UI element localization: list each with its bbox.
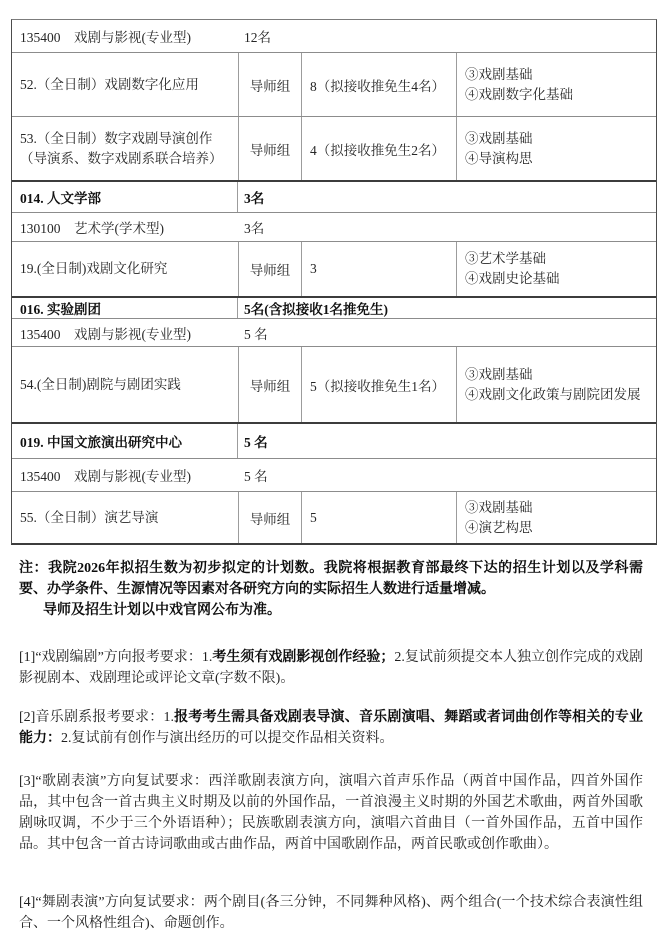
cell-advisor: 导师组 [238,117,301,180]
major-name: 135400 戏剧与影视(专业型) [12,20,238,52]
major-quota: 5 名 [238,319,656,346]
subject-line: ④演艺构思 [465,518,533,538]
subject-line: ④戏剧数字化基础 [465,85,573,105]
table-row: 52.（全日制）戏剧数字化应用导师组8（拟接收推免生4名）③戏剧基础④戏剧数字化… [12,52,656,116]
cell-quota: 4（拟接收推免生2名） [301,117,456,180]
subject-line: ④导演构思 [465,149,533,169]
cell-subjects: ③戏剧基础④导演构思 [456,117,656,180]
admissions-table: 135400 戏剧与影视(专业型)12名52.（全日制）戏剧数字化应用导师组8（… [11,19,657,545]
section-quota: 5 名 [238,424,656,458]
major-name: 130100 艺术学(学术型) [12,213,238,241]
note-segment: 2.复试前有创作与演出经历的可以提交作品相关资料。 [61,731,394,746]
table-row: 53.（全日制）数字戏剧导演创作 （导演系、数字戏剧系联合培养）导师组4（拟接收… [12,116,656,180]
subject-line: ③戏剧基础 [465,129,533,149]
cell-direction: 55.（全日制）演艺导演 [12,492,238,543]
note-paragraph: [4]“舞剧表演”方向复试要求：两个剧目(各三分钟，不同舞种风格)、两个组合(一… [19,892,643,931]
cell-quota: 5 [301,492,456,543]
cell-subjects: ③戏剧基础④演艺构思 [456,492,656,543]
section-quota: 5名(含拟接收1名推免生) [238,298,656,318]
table-row: 135400 戏剧与影视(专业型)5 名 [12,458,656,491]
cell-advisor: 导师组 [238,492,301,543]
cell-quota: 5（拟接收推免生1名） [301,347,456,422]
cell-subjects: ③戏剧基础④戏剧文化政策与剧院团发展 [456,347,656,422]
table-row: 130100 艺术学(学术型)3名 [12,212,656,241]
note-segment: 注：我院2026年拟招生数为初步拟定的计划数。我院将根据教育部最终下达的招生计划… [19,561,643,597]
cell-direction: 52.（全日制）戏剧数字化应用 [12,53,238,116]
subject-line: ③戏剧基础 [465,65,533,85]
section-name: 019. 中国文旅演出研究中心 [12,424,238,458]
section-name: 016. 实验剧团 [12,298,238,318]
note-segment: 考生须有戏剧影视创作经验； [212,650,394,665]
note-paragraph: [2]音乐剧系报考要求：1.报考考生需具备戏剧表导演、音乐剧演唱、舞蹈或者词曲创… [19,707,643,749]
table-row: 55.（全日制）演艺导演导师组5③戏剧基础④演艺构思 [12,491,656,543]
cell-quota: 8（拟接收推免生4名） [301,53,456,116]
note-paragraph: [1]“戏剧编剧”方向报考要求：1.考生须有戏剧影视创作经验；2.复试前须提交本… [19,647,643,689]
subject-line: ④戏剧文化政策与剧院团发展 [465,385,641,405]
section-name: 014. 人文学部 [12,182,238,212]
note-segment: [1]“戏剧编剧”方向报考要求：1. [19,650,212,665]
major-name: 135400 戏剧与影视(专业型) [12,459,238,491]
cell-quota: 3 [301,242,456,296]
table-row: 135400 戏剧与影视(专业型)5 名 [12,318,656,346]
document-page: 135400 戏剧与影视(专业型)12名52.（全日制）戏剧数字化应用导师组8（… [0,0,661,931]
note-segment: [2]音乐剧系报考要求：1. [19,710,174,725]
notes-section: 注：我院2026年拟招生数为初步拟定的计划数。我院将根据教育部最终下达的招生计划… [19,558,643,931]
cell-subjects: ③戏剧基础④戏剧数字化基础 [456,53,656,116]
subject-line: ③戏剧基础 [465,365,533,385]
major-quota: 12名 [238,20,656,52]
major-quota: 3名 [238,213,656,241]
table-row: 54.(全日制)剧院与剧团实践导师组5（拟接收推免生1名）③戏剧基础④戏剧文化政… [12,346,656,422]
subject-line: ④戏剧史论基础 [465,269,560,289]
major-quota: 5 名 [238,459,656,491]
table-row: 135400 戏剧与影视(专业型)12名 [12,20,656,52]
note-paragraph: 导师及招生计划以中戏官网公布为准。 [19,600,643,621]
cell-advisor: 导师组 [238,53,301,116]
note-segment: 导师及招生计划以中戏官网公布为准。 [43,603,281,618]
cell-direction: 54.(全日制)剧院与剧团实践 [12,347,238,422]
note-segment: [3]“歌剧表演”方向复试要求：西洋歌剧表演方向，演唱六首声乐作品（两首中国作品… [19,774,643,852]
table-row: 014. 人文学部3名 [12,180,656,212]
major-name: 135400 戏剧与影视(专业型) [12,319,238,346]
cell-advisor: 导师组 [238,347,301,422]
note-paragraph: 注：我院2026年拟招生数为初步拟定的计划数。我院将根据教育部最终下达的招生计划… [19,558,643,600]
table-row: 016. 实验剧团5名(含拟接收1名推免生) [12,296,656,318]
table-row: 19.(全日制)戏剧文化研究导师组3③艺术学基础④戏剧史论基础 [12,241,656,296]
cell-direction: 53.（全日制）数字戏剧导演创作 （导演系、数字戏剧系联合培养） [12,117,238,180]
subject-line: ③艺术学基础 [465,249,546,269]
table-row: 019. 中国文旅演出研究中心5 名 [12,422,656,458]
subject-line: ③戏剧基础 [465,498,533,518]
section-quota: 3名 [238,182,656,212]
cell-advisor: 导师组 [238,242,301,296]
cell-direction: 19.(全日制)戏剧文化研究 [12,242,238,296]
note-paragraph: [3]“歌剧表演”方向复试要求：西洋歌剧表演方向，演唱六首声乐作品（两首中国作品… [19,771,643,855]
note-segment: [4]“舞剧表演”方向复试要求：两个剧目(各三分钟，不同舞种风格)、两个组合(一… [19,895,643,931]
cell-subjects: ③艺术学基础④戏剧史论基础 [456,242,656,296]
